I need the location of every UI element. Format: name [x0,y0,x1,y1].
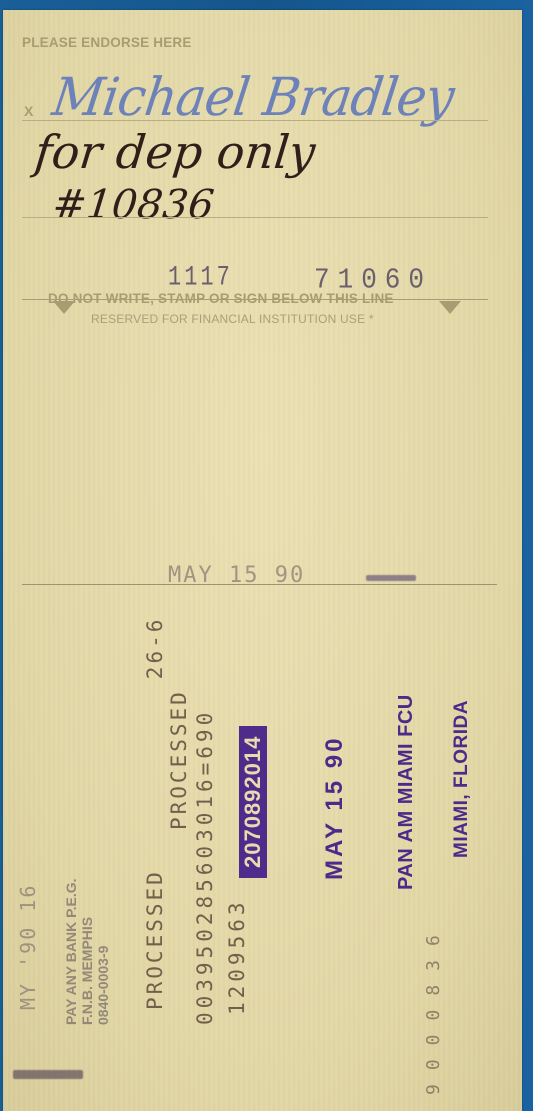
endorsement-line-1 [22,120,488,121]
left-date-stamp: MY '90 16 [16,884,40,1010]
check-back: PLEASE ENDORSE HERE X Michael Bradley fo… [3,10,522,1111]
signature: Michael Bradley [49,67,457,128]
pay-any-bank-line: PAY ANY BANK P.E.G. [63,878,79,1025]
routing-line: 0840-0003-9 [95,878,111,1025]
processed-stamp-col1: PROCESSED26-6 [143,617,167,1010]
bank-date-stamp: MAY 15 90 [321,736,349,880]
ink-smudge [366,575,416,581]
numeric-stamp-col4: 1209563 [225,898,249,1015]
institution-line [22,299,488,300]
numeric-stamp-col3: 003950285603016=690 [193,709,217,1025]
purple-numeric-stamp: 2070892014 [239,726,267,878]
endorse-label: PLEASE ENDORSE HERE [22,35,192,50]
processed-code: 26-6 [143,617,167,680]
sequence-number-left: 1117 [168,262,233,293]
processed-stamp-col2: PROCESSED [167,689,191,830]
handwritten-restriction: for dep only [32,125,318,179]
endorsement-bank-stamp: PAY ANY BANK P.E.G. F.N.B. MEMPHIS 0840-… [63,878,111,1025]
bank-name-stamp: PAN AM MIAMI FCU [395,694,418,890]
triangle-marker-right-icon [439,301,461,314]
triangle-marker-left-icon [53,301,75,314]
fnb-line: F.N.B. MEMPHIS [79,878,95,1025]
processed-text: PROCESSED [143,869,167,1010]
x-mark: X [24,103,34,119]
reserved-label: RESERVED FOR FINANCIAL INSTITUTION USE * [91,312,374,326]
handwritten-account-number: #10836 [51,182,217,228]
bank-location-stamp: MIAMI, FLORIDA [451,700,473,858]
dotted-number-column: 9000836 [423,921,444,1095]
endorsement-line-2 [22,217,488,218]
ink-smudge-bottom [13,1070,83,1079]
faded-date-stamp: MAY 15 90 [168,563,305,588]
